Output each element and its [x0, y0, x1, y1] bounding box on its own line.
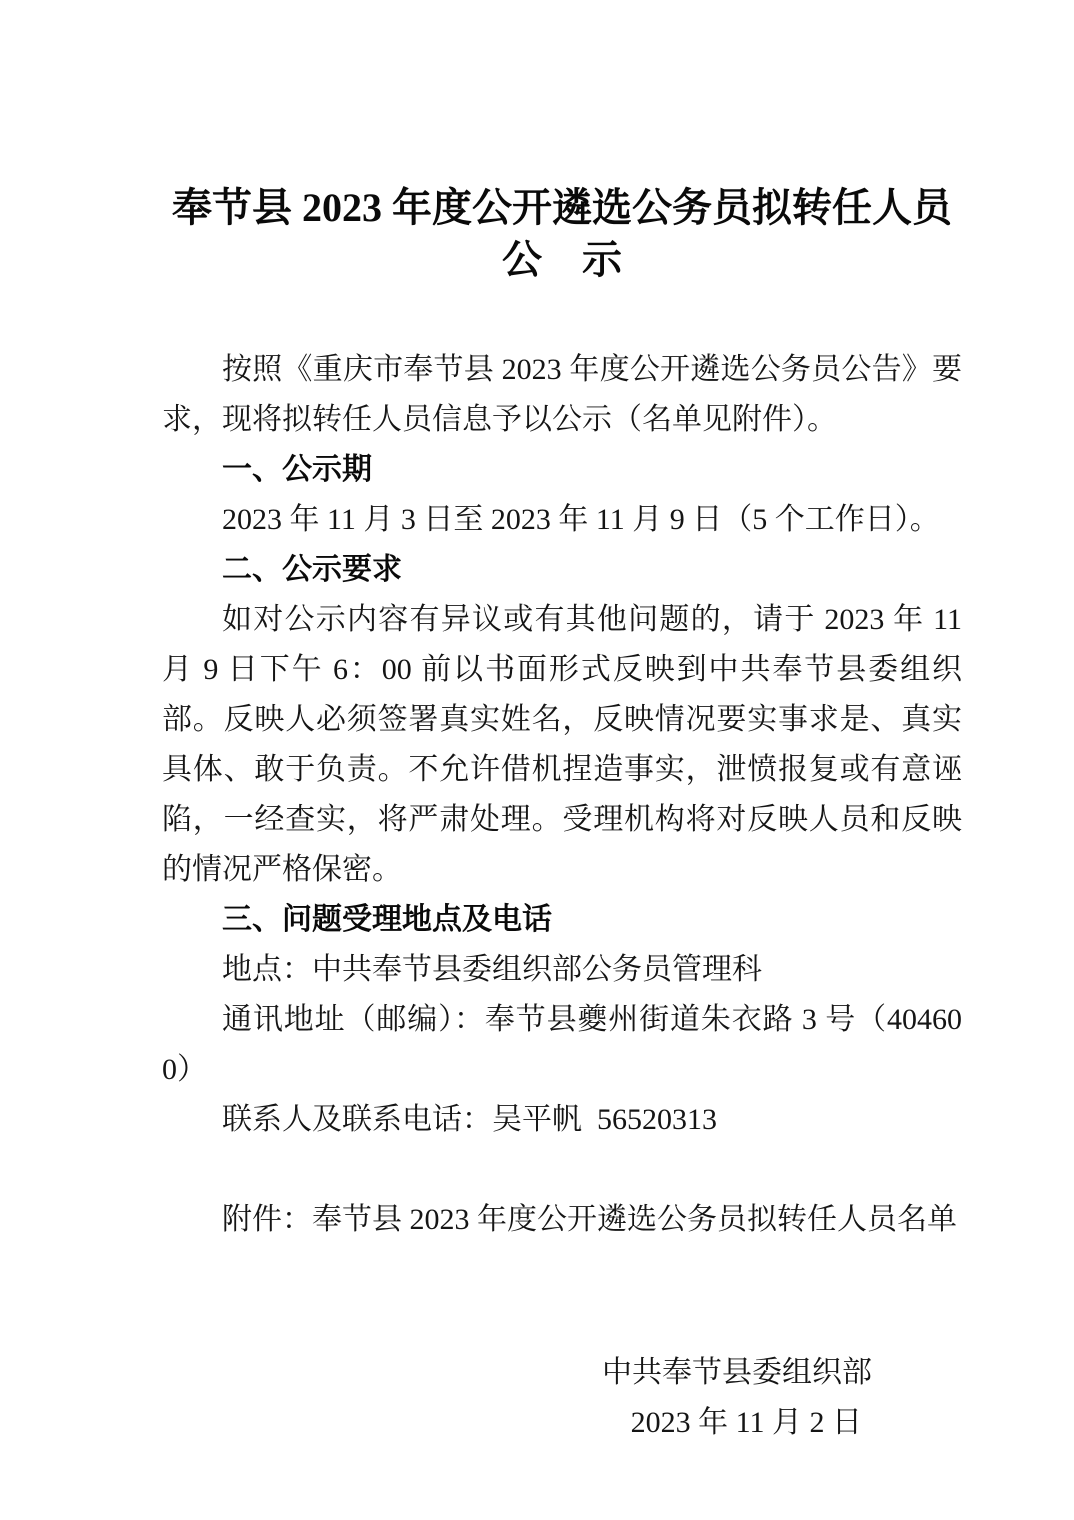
signature-organization: 中共奉节县委组织部 [162, 1348, 962, 1398]
signature-date: 2023 年 11 月 2 日 [162, 1398, 962, 1448]
document-title: 奉节县 2023 年度公开遴选公务员拟转任人员 公 示 [162, 182, 962, 286]
document-title-line-2: 公 示 [162, 234, 962, 286]
section-1-paragraph: 2023 年 11 月 3 日至 2023 年 11 月 9 日（5 个工作日）… [162, 495, 962, 545]
section-2-heading: 二、公示要求 [162, 545, 962, 595]
document-title-line-1: 奉节县 2023 年度公开遴选公务员拟转任人员 [162, 182, 962, 234]
intro-paragraph: 按照《重庆市奉节县 2023 年度公开遴选公务员公告》要求，现将拟转任人员信息予… [162, 345, 962, 445]
section-2-paragraph: 如对公示内容有异议或有其他问题的，请于 2023 年 11 月 9 日下午 6：… [162, 595, 962, 895]
section-3-location-line: 地点：中共奉节县委组织部公务员管理科 [162, 945, 962, 995]
attachment-line: 附件：奉节县 2023 年度公开遴选公务员拟转任人员名单 [162, 1195, 962, 1245]
section-1-heading: 一、公示期 [162, 445, 962, 495]
section-3-heading: 三、问题受理地点及电话 [162, 895, 962, 945]
section-3-address-line: 通讯地址（邮编）：奉节县夔州街道朱衣路 3 号（404600） [162, 995, 962, 1095]
announcement-page: 奉节县 2023 年度公开遴选公务员拟转任人员 公 示 按照《重庆市奉节县 20… [0, 0, 1074, 1520]
signature-block: 中共奉节县委组织部 2023 年 11 月 2 日 [162, 1348, 962, 1448]
document-content: 奉节县 2023 年度公开遴选公务员拟转任人员 公 示 按照《重庆市奉节县 20… [162, 182, 962, 1448]
section-3-contact-line: 联系人及联系电话：吴平帆 56520313 [162, 1095, 962, 1145]
